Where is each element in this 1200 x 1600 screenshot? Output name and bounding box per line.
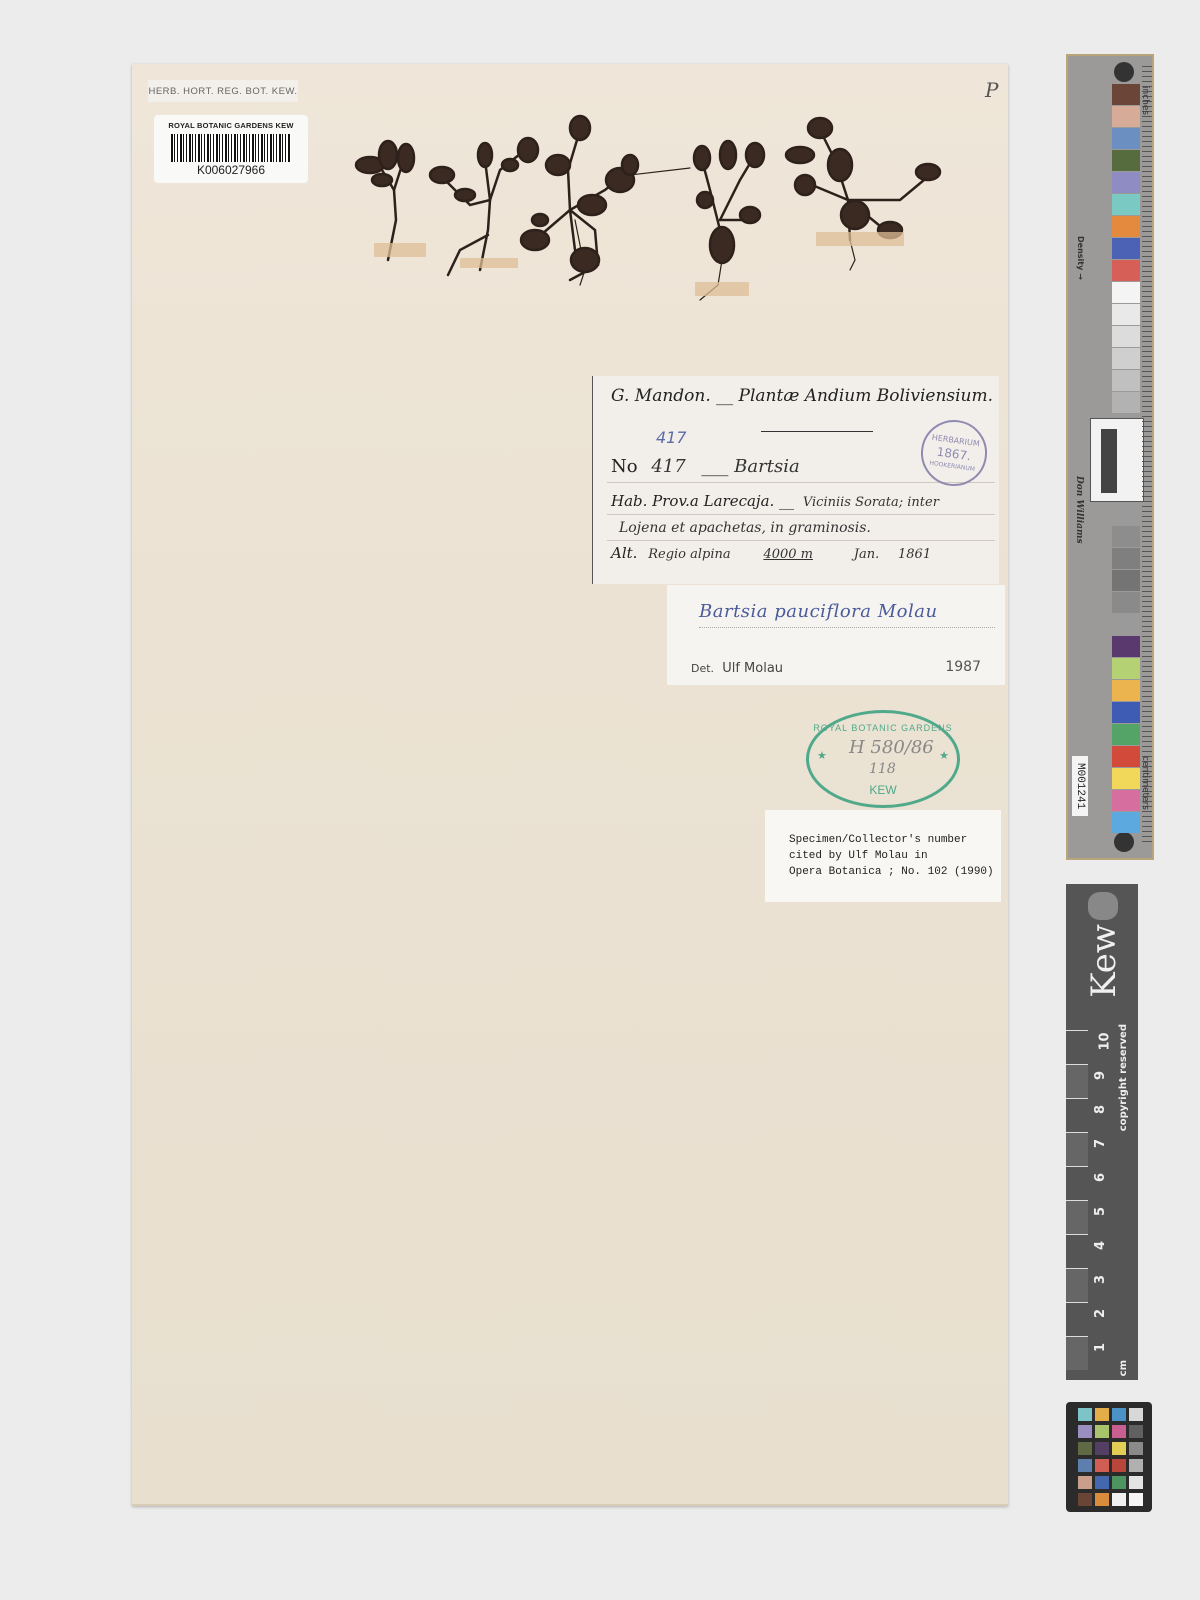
det-prefix: Det. <box>691 662 714 675</box>
scale-number: 1 <box>1093 1343 1108 1352</box>
plant-specimen-4 <box>630 141 764 300</box>
color-swatch <box>1112 304 1140 325</box>
color-swatch <box>1112 746 1140 767</box>
barcode-organization: ROYAL BOTANIC GARDENS KEW <box>168 121 293 130</box>
color-chip <box>1112 1425 1126 1438</box>
cm-unit-label: cm <box>1118 1360 1129 1376</box>
color-swatch <box>1112 702 1140 723</box>
plant-specimen-3 <box>521 116 638 285</box>
genus-dash: ___ <box>701 456 728 477</box>
color-swatch <box>1112 548 1140 569</box>
color-swatch <box>1112 172 1140 193</box>
gray-chip <box>1129 1408 1143 1421</box>
scale-bar <box>1066 1030 1088 1370</box>
color-swatch <box>1112 658 1140 679</box>
color-swatch <box>1112 504 1140 525</box>
barcode-number: K006027966 <box>197 163 265 177</box>
density-label: Density → <box>1076 236 1085 280</box>
color-chip <box>1078 1493 1092 1506</box>
habitat-text-1: Viciniis Sorata; inter <box>803 495 939 510</box>
color-chip <box>1112 1459 1126 1472</box>
scale-number: 4 <box>1093 1241 1108 1250</box>
color-chip <box>1095 1425 1109 1438</box>
kew-logo: Kew <box>1084 924 1124 998</box>
scale-number: 3 <box>1093 1275 1108 1284</box>
color-swatch <box>1112 128 1140 149</box>
mounting-tape <box>374 243 426 257</box>
number-annotation: 417 <box>656 428 687 447</box>
altitude-row: Alt. Regio alpina 4000 m Jan. 1861 <box>611 544 993 562</box>
gray-chip <box>1129 1425 1143 1438</box>
scale-segment <box>1066 1268 1088 1302</box>
mounting-tape <box>695 282 749 296</box>
ruler-hole <box>1114 62 1134 82</box>
mounting-tape <box>460 258 518 268</box>
citation-line: Specimen/Collector's number <box>789 834 967 846</box>
scale-number: 2 <box>1093 1309 1108 1318</box>
ruler-ticks <box>1142 66 1152 846</box>
color-swatch <box>1112 260 1140 281</box>
determination-year: 1987 <box>945 659 981 675</box>
kew-crest-icon <box>1088 892 1118 920</box>
color-swatch <box>1112 812 1140 833</box>
color-chip <box>1095 1442 1109 1455</box>
color-chip <box>1112 1408 1126 1421</box>
star-icon: ★ <box>939 749 949 762</box>
gray-chip <box>1129 1476 1143 1489</box>
scale-number: 7 <box>1093 1139 1108 1148</box>
ruled-line <box>607 514 995 515</box>
habitat-prefix: Hab. Prov.a Larecaja. __ <box>611 492 794 510</box>
color-swatch <box>1112 724 1140 745</box>
gray-target <box>1090 418 1144 502</box>
scale-segment <box>1066 1030 1088 1064</box>
color-swatch <box>1112 216 1140 237</box>
scale-segment <box>1066 1200 1088 1234</box>
scale-number: 10 <box>1098 1032 1113 1050</box>
color-chip <box>1078 1442 1092 1455</box>
date-year: 1861 <box>898 547 931 562</box>
collector-label: G. Mandon. __ Plantæ Andium Boliviensium… <box>592 376 999 584</box>
pressed-plant-specimens <box>330 110 970 310</box>
color-chip <box>1095 1408 1109 1421</box>
date-month: Jan. <box>854 547 879 562</box>
color-swatch <box>1112 194 1140 215</box>
color-chip <box>1078 1425 1092 1438</box>
citation-line: cited by Ulf Molau in <box>789 850 928 862</box>
barcode-icon <box>171 134 291 162</box>
color-swatch <box>1112 282 1140 303</box>
color-swatch <box>1112 570 1140 591</box>
kew-scale-ruler: Kew 10987654321 copyright reserved cm <box>1066 884 1138 1380</box>
color-calibration-ruler: inches centimeters Density → Don William… <box>1066 54 1154 860</box>
color-swatch <box>1112 680 1140 701</box>
gray-chip <box>1129 1493 1143 1506</box>
collector-number: 417 <box>651 456 685 477</box>
color-chip <box>1078 1408 1092 1421</box>
copyright-text: copyright reserved <box>1118 1024 1129 1131</box>
scale-number: 5 <box>1093 1207 1108 1216</box>
plant-specimen-2 <box>430 138 538 275</box>
determiner-name: Ulf Molau <box>722 661 783 676</box>
ruler-id-code: M001241 <box>1072 756 1088 816</box>
gray-chip <box>1129 1442 1143 1455</box>
accession-sub-number: 118 <box>869 761 896 777</box>
header-label-text: HERB. HORT. REG. BOT. KEW. <box>148 86 297 97</box>
color-swatch <box>1112 370 1140 391</box>
scale-segment <box>1066 1234 1088 1268</box>
ruled-line <box>607 482 995 483</box>
scale-segment <box>1066 1064 1088 1098</box>
taxon-name: Bartsia pauciflora Molau <box>699 601 938 622</box>
color-swatch <box>1112 84 1140 105</box>
color-swatch <box>1112 636 1140 657</box>
accession-number: H 580/86 <box>849 737 934 758</box>
citation-label: Specimen/Collector's number cited by Ulf… <box>765 810 1001 902</box>
color-chip <box>1112 1493 1126 1506</box>
color-chip <box>1095 1493 1109 1506</box>
color-checker-card <box>1066 1402 1152 1512</box>
divider <box>761 431 873 432</box>
herbarium-hookerianum-stamp: HERBARIUM 1867. HOOKERIANUM <box>917 416 992 491</box>
habitat-row-2: Lojena et apachetas, in graminosis. <box>619 520 993 536</box>
kew-accession-stamp: ROYAL BOTANIC GARDENS ★ ★ H 580/86 118 K… <box>806 710 960 808</box>
color-swatch <box>1112 592 1140 613</box>
scale-segment <box>1066 1166 1088 1200</box>
color-chip <box>1112 1476 1126 1489</box>
scale-numbers: 10987654321 <box>1096 1030 1114 1370</box>
scale-segment <box>1066 1302 1088 1336</box>
citation-line: Opera Botanica ; No. 102 (1990) <box>789 866 994 878</box>
scale-number: 8 <box>1093 1105 1108 1114</box>
color-swatch <box>1112 790 1140 811</box>
star-icon: ★ <box>817 749 827 762</box>
ruler-brand: Don Williams <box>1074 476 1084 544</box>
altitude-prefix: Alt. <box>611 544 637 562</box>
habitat-row: Hab. Prov.a Larecaja. __ Viciniis Sorata… <box>611 492 993 510</box>
label-title: G. Mandon. __ Plantæ Andium Boliviensium… <box>611 386 993 406</box>
plant-specimen-5 <box>786 118 940 270</box>
corner-annotation: P <box>985 78 998 102</box>
color-swatch <box>1112 150 1140 171</box>
genus-name: Bartsia <box>734 456 800 477</box>
mounting-tape <box>816 232 904 246</box>
centimeters-label: centimeters <box>1140 756 1150 810</box>
color-swatch <box>1112 526 1140 547</box>
color-chip <box>1078 1459 1092 1472</box>
color-swatch <box>1112 348 1140 369</box>
stamp-arc-text: ROYAL BOTANIC GARDENS <box>809 723 957 733</box>
scale-number: 9 <box>1093 1071 1108 1080</box>
determination-label: Bartsia pauciflora Molau Det. Ulf Molau … <box>667 585 1005 685</box>
determiner-row: Det. Ulf Molau <box>691 661 783 676</box>
color-swatch <box>1112 392 1140 413</box>
altitude-value: 4000 m <box>763 547 813 562</box>
color-chip <box>1095 1476 1109 1489</box>
scale-segment <box>1066 1336 1088 1370</box>
dotted-line <box>699 627 995 628</box>
scale-segment <box>1066 1132 1088 1166</box>
scale-number: 6 <box>1093 1173 1108 1182</box>
color-swatch <box>1112 614 1140 635</box>
altitude-region: Regio alpina <box>648 547 730 562</box>
color-swatch <box>1112 106 1140 127</box>
herbarium-header-label: HERB. HORT. REG. BOT. KEW. <box>148 80 298 102</box>
number-prefix: No <box>611 456 638 477</box>
ruled-line <box>607 540 995 541</box>
ruler-hole <box>1114 832 1134 852</box>
inches-label: inches <box>1140 86 1150 115</box>
stamp-kew-text: KEW <box>809 783 957 797</box>
barcode-label: ROYAL BOTANIC GARDENS KEW K006027966 <box>154 115 308 183</box>
color-swatch <box>1112 238 1140 259</box>
color-swatch <box>1112 326 1140 347</box>
scale-segment <box>1066 1098 1088 1132</box>
gray-chip <box>1129 1459 1143 1472</box>
color-chip <box>1078 1476 1092 1489</box>
color-chip <box>1112 1442 1126 1455</box>
color-chip <box>1095 1459 1109 1472</box>
color-swatch <box>1112 768 1140 789</box>
